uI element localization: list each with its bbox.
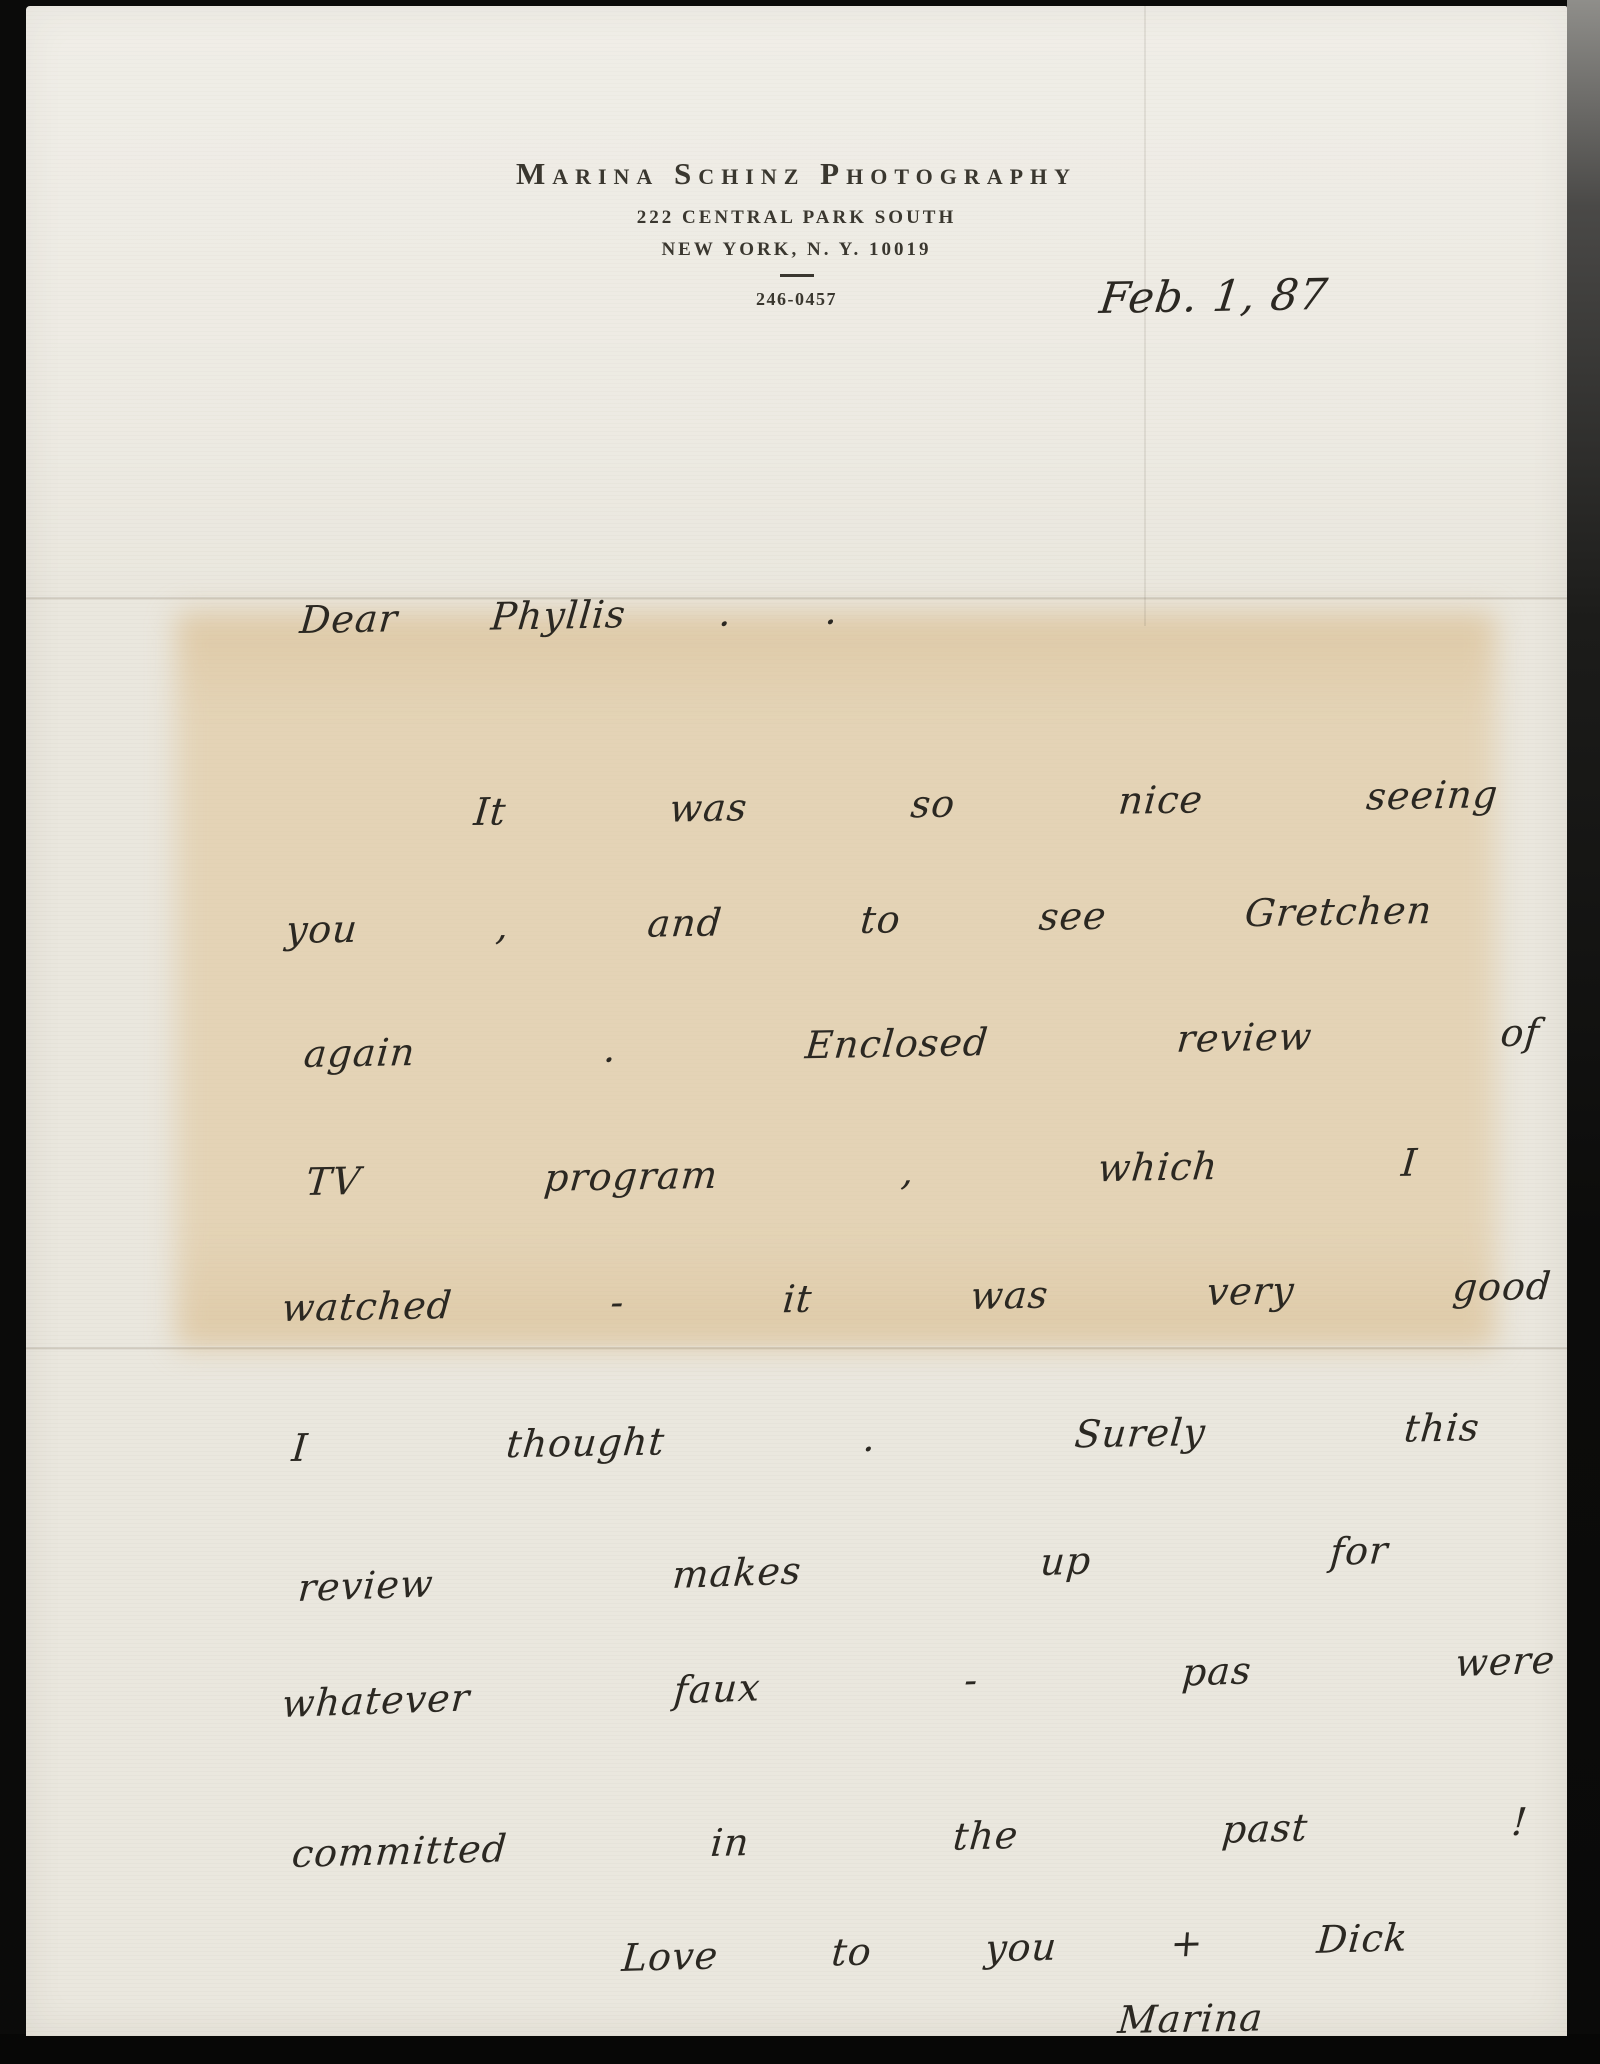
letterhead-address-line1: 222 CENTRAL PARK SOUTH [26, 207, 1567, 229]
body-line: I thought . Surely this [290, 1405, 1482, 1470]
signature-name: Marina [1116, 1995, 1265, 2036]
bottom-scan-edge [0, 2034, 1600, 2064]
letterhead-name: Marina Schinz Photography [26, 156, 1567, 192]
stain-overlay [176, 612, 1496, 1348]
fold-crease-bottom [26, 1346, 1567, 1350]
body-line: you , and to see Gretchen [284, 888, 1434, 952]
letterhead-divider-rule [780, 274, 814, 277]
handwritten-date: Feb. 1, 87 [1097, 270, 1331, 324]
right-scan-edge [1567, 0, 1600, 2064]
body-line: again . Enclosed review of [302, 1010, 1542, 1076]
body-line: committed in the past ! [290, 1800, 1529, 1876]
body-line: It was so nice seeing [472, 772, 1500, 834]
letterhead-phone: 246-0457 [26, 289, 1567, 310]
body-line: TV program , which I [304, 1141, 1419, 1204]
body-line: watched - it was very good [280, 1264, 1553, 1330]
letterhead: Marina Schinz Photography 222 CENTRAL PA… [26, 156, 1567, 310]
scan-frame: Marina Schinz Photography 222 CENTRAL PA… [0, 0, 1600, 2064]
salutation-line: Dear Phyllis . . [298, 589, 840, 642]
letter-paper: Marina Schinz Photography 222 CENTRAL PA… [26, 6, 1567, 2036]
body-line: whatever faux - pas were [280, 1638, 1556, 1726]
letterhead-address-line2: NEW YORK, N. Y. 10019 [26, 239, 1567, 261]
closing-line: Love to you + Dick [620, 1915, 1409, 1980]
body-line: review makes up for [296, 1528, 1390, 1610]
